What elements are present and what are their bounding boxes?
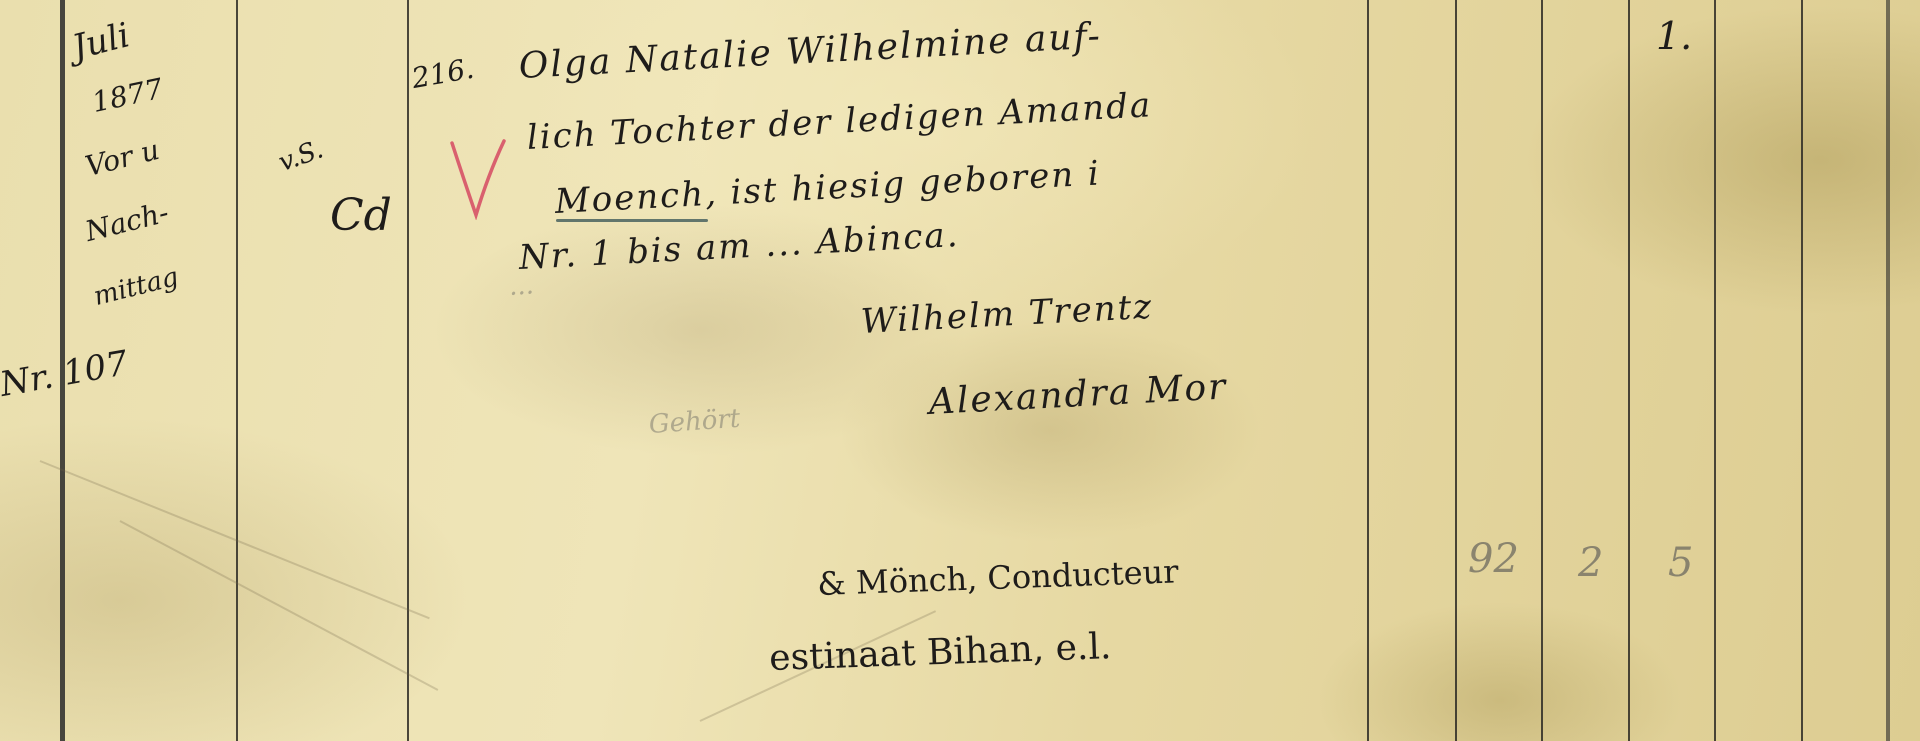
date-line: Vor u <box>82 133 163 183</box>
column-value: 1. <box>1656 14 1692 58</box>
column-value: 2 <box>1578 540 1603 586</box>
paper-crease <box>40 460 430 619</box>
column-value: 92 <box>1468 536 1519 582</box>
entry-line: Olga Natalie Wilhelmine auf- <box>518 16 1103 87</box>
paper-crease <box>120 520 439 691</box>
date-line: Nach- <box>82 196 172 248</box>
date-line: mittag <box>91 262 182 312</box>
ledger-rule <box>407 0 409 741</box>
pencil-note: Gehört <box>648 404 741 440</box>
ledger-rule <box>1886 0 1890 741</box>
pencil-note: ... <box>508 270 535 302</box>
ledger-rule <box>1628 0 1630 741</box>
ledger-rule <box>1455 0 1457 741</box>
annotation-line: & Mönch, Conducteur <box>817 552 1179 603</box>
date-line: 1877 <box>89 72 166 119</box>
margin-mark: v.S. <box>275 134 328 178</box>
ledger-rule <box>1367 0 1369 741</box>
red-check-mark-icon <box>448 135 508 220</box>
margin-mark: Cd <box>330 190 392 241</box>
name-underline <box>556 219 708 222</box>
ledger-rule <box>1801 0 1803 741</box>
annotation-line: estinaat Bihan, e.l. <box>769 626 1112 679</box>
entry-line: Moench, ist hiesig geboren i <box>554 153 1102 222</box>
entry-line: lich Tochter der ledigen Amanda <box>526 85 1153 158</box>
column-value: 5 <box>1668 540 1693 586</box>
date-line: Juli <box>68 15 133 68</box>
document-scan: Juli 1877 Vor u Nach- mittag Nr. 107 v.S… <box>0 0 1920 741</box>
ledger-rule <box>1714 0 1716 741</box>
ledger-rule <box>1541 0 1543 741</box>
entry-number: 216. <box>409 52 476 95</box>
register-number-note: Nr. 107 <box>0 343 131 405</box>
witness-signature: Alexandra Mor <box>928 366 1228 423</box>
ledger-rule <box>236 0 238 741</box>
entry-line: Nr. 1 bis am ... Abinca. <box>518 215 960 278</box>
witness-signature: Wilhelm Trentz <box>860 287 1154 342</box>
